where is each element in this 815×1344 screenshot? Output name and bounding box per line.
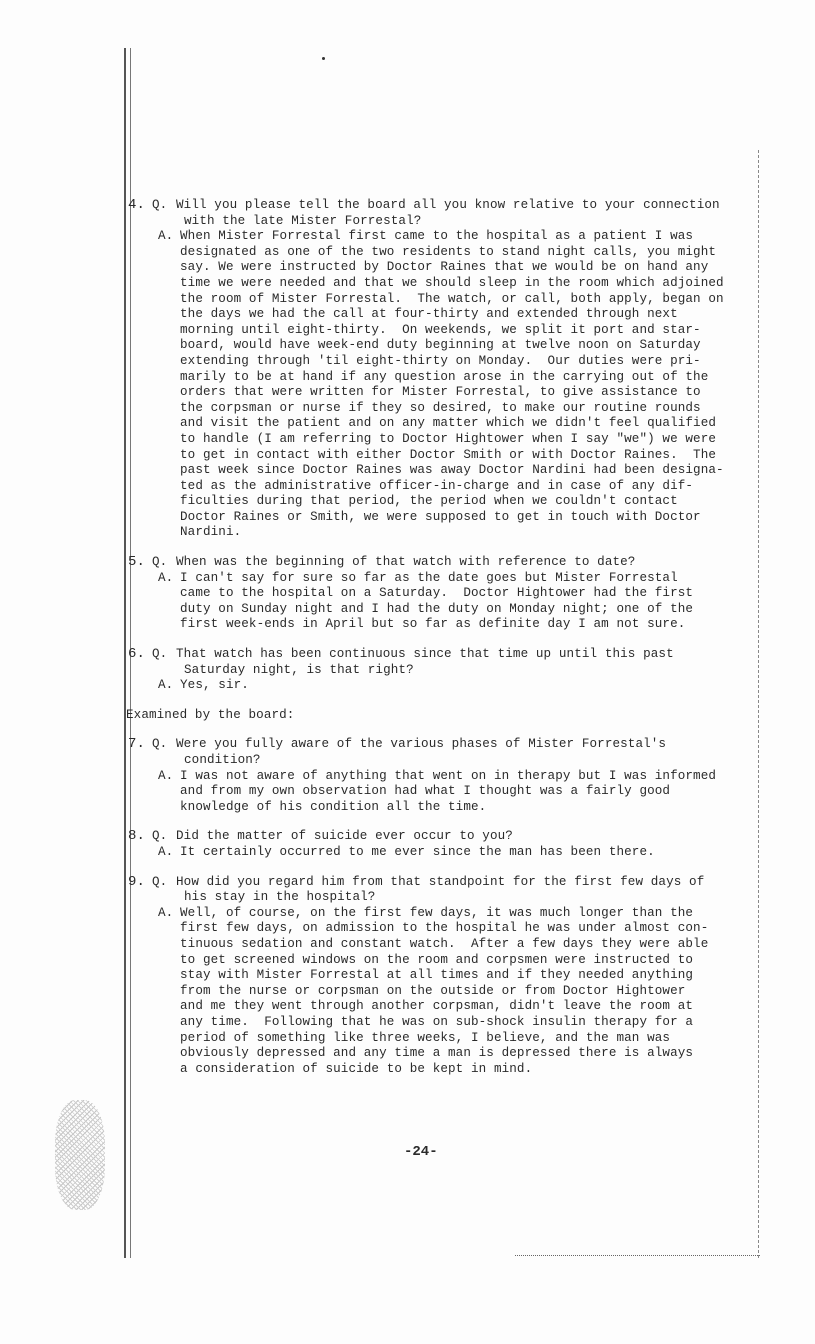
answer-label: A. bbox=[158, 229, 173, 245]
answer-line: to get screened windows on the room and … bbox=[180, 953, 760, 969]
answer-line: extending through 'til eight-thirty on M… bbox=[180, 354, 760, 370]
answer-line: marily to be at hand if any question aro… bbox=[180, 370, 760, 386]
answer-line: period of something like three weeks, I … bbox=[180, 1031, 760, 1047]
question-line: with the late Mister Forrestal? bbox=[178, 214, 760, 230]
question-line: condition? bbox=[178, 753, 760, 769]
answer: A.It certainly occurred to me ever since… bbox=[128, 845, 760, 861]
answer-line: duty on Sunday night and I had the duty … bbox=[180, 602, 760, 618]
question: Q.Did the matter of suicide ever occur t… bbox=[128, 829, 760, 845]
answer-line: Well, of course, on the first few days, … bbox=[180, 906, 760, 922]
question-line: Were you fully aware of the various phas… bbox=[176, 737, 760, 753]
answer-line: stay with Mister Forrestal at all times … bbox=[180, 968, 760, 984]
answer-line: past week since Doctor Raines was away D… bbox=[180, 463, 760, 479]
scan-noise-smudge bbox=[55, 1100, 105, 1210]
answer-line: first week-ends in April but so far as d… bbox=[180, 617, 760, 633]
question-label: Q. bbox=[152, 555, 167, 571]
answer: A.Well, of course, on the first few days… bbox=[128, 906, 760, 1078]
answer-line: morning until eight-thirty. On weekends,… bbox=[180, 323, 760, 339]
answer: A.Yes, sir. bbox=[128, 678, 760, 694]
answer-line: from the nurse or corpsman on the outsid… bbox=[180, 984, 760, 1000]
qa-item: 6.Q.That watch has been continuous since… bbox=[128, 647, 760, 694]
qa-item: 4.Q.Will you please tell the board all y… bbox=[128, 198, 760, 541]
answer: A.I was not aware of anything that went … bbox=[128, 769, 760, 816]
answer-label: A. bbox=[158, 906, 173, 922]
answer-line: When Mister Forrestal first came to the … bbox=[180, 229, 760, 245]
answer-label: A. bbox=[158, 769, 173, 785]
question-label: Q. bbox=[152, 198, 167, 214]
answer-line: tinuous sedation and constant watch. Aft… bbox=[180, 937, 760, 953]
answer-line: say. We were instructed by Doctor Raines… bbox=[180, 260, 760, 276]
page-number: -24- bbox=[404, 1144, 438, 1160]
question-line: his stay in the hospital? bbox=[178, 890, 760, 906]
answer-label: A. bbox=[158, 678, 173, 694]
answer-line: a consideration of suicide to be kept in… bbox=[180, 1062, 760, 1078]
question-line: Saturday night, is that right? bbox=[178, 663, 760, 679]
bottom-margin-rule bbox=[515, 1255, 760, 1256]
question-label: Q. bbox=[152, 737, 167, 753]
answer-line: designated as one of the two residents t… bbox=[180, 245, 760, 261]
answer-line: and from my own observation had what I t… bbox=[180, 784, 760, 800]
answer-line: the days we had the call at four-thirty … bbox=[180, 307, 760, 323]
question-line: When was the beginning of that watch wit… bbox=[176, 555, 760, 571]
answer-line: It certainly occurred to me ever since t… bbox=[180, 845, 760, 861]
answer-line: and me they went through another corpsma… bbox=[180, 999, 760, 1015]
answer-line: time we were needed and that we should s… bbox=[180, 276, 760, 292]
answer-line: orders that were written for Mister Forr… bbox=[180, 385, 760, 401]
answer-line: and visit the patient and on any matter … bbox=[180, 416, 760, 432]
answer-line: the room of Mister Forrestal. The watch,… bbox=[180, 292, 760, 308]
question-line: Did the matter of suicide ever occur to … bbox=[176, 829, 760, 845]
question-label: Q. bbox=[152, 875, 167, 891]
answer-line: ted as the administrative officer-in-cha… bbox=[180, 479, 760, 495]
answer-line: first few days, on admission to the hosp… bbox=[180, 921, 760, 937]
answer-line: Yes, sir. bbox=[180, 678, 760, 694]
question-line: How did you regard him from that standpo… bbox=[176, 875, 760, 891]
answer-label: A. bbox=[158, 845, 173, 861]
answer-line: obviously depressed and any time a man i… bbox=[180, 1046, 760, 1062]
answer-label: A. bbox=[158, 571, 173, 587]
answer: A.I can't say for sure so far as the dat… bbox=[128, 571, 760, 633]
answer-line: any time. Following that he was on sub-s… bbox=[180, 1015, 760, 1031]
answer-line: board, would have week-end duty beginnin… bbox=[180, 338, 760, 354]
section-heading-examined-by-board: Examined by the board: bbox=[126, 708, 760, 724]
question: Q.Will you please tell the board all you… bbox=[128, 198, 760, 229]
question-label: Q. bbox=[152, 647, 167, 663]
answer-line: to get in contact with either Doctor Smi… bbox=[180, 448, 760, 464]
question-label: Q. bbox=[152, 829, 167, 845]
answer-line: Doctor Raines or Smith, we were supposed… bbox=[180, 510, 760, 526]
question-line: That watch has been continuous since tha… bbox=[176, 647, 760, 663]
qa-item: 9.Q.How did you regard him from that sta… bbox=[128, 875, 760, 1078]
answer-line: to handle (I am referring to Doctor High… bbox=[180, 432, 760, 448]
answer-line: the corpsman or nurse if they so desired… bbox=[180, 401, 760, 417]
question: Q.When was the beginning of that watch w… bbox=[128, 555, 760, 571]
answer-line: I was not aware of anything that went on… bbox=[180, 769, 760, 785]
answer-line: Nardini. bbox=[180, 525, 760, 541]
transcript-body: 4.Q.Will you please tell the board all y… bbox=[128, 198, 760, 1091]
question: Q.Were you fully aware of the various ph… bbox=[128, 737, 760, 768]
qa-item: 5.Q.When was the beginning of that watch… bbox=[128, 555, 760, 633]
qa-item: 8.Q.Did the matter of suicide ever occur… bbox=[128, 829, 760, 860]
question: Q.How did you regard him from that stand… bbox=[128, 875, 760, 906]
question: Q.That watch has been continuous since t… bbox=[128, 647, 760, 678]
answer: A.When Mister Forrestal first came to th… bbox=[128, 229, 760, 541]
qa-item: 7.Q.Were you fully aware of the various … bbox=[128, 737, 760, 815]
answer-line: ficulties during that period, the period… bbox=[180, 494, 760, 510]
answer-line: I can't say for sure so far as the date … bbox=[180, 571, 760, 587]
question-line: Will you please tell the board all you k… bbox=[176, 198, 760, 214]
answer-line: came to the hospital on a Saturday. Doct… bbox=[180, 586, 760, 602]
ink-speck bbox=[322, 57, 325, 60]
answer-line: knowledge of his condition all the time. bbox=[180, 800, 760, 816]
